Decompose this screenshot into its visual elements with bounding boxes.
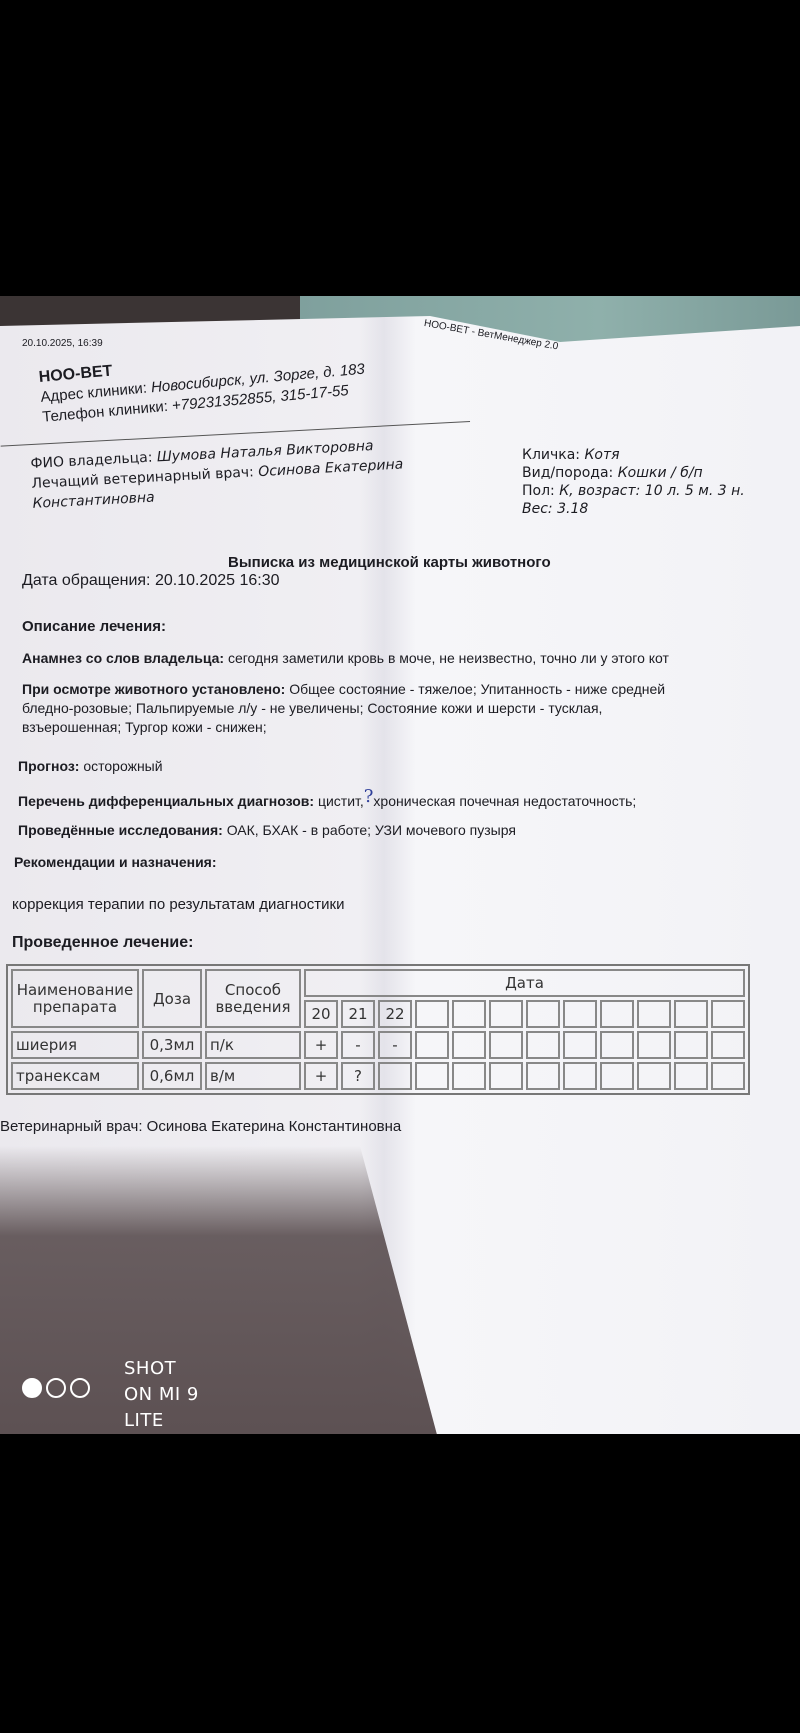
drug-cell: транексам [11, 1062, 139, 1090]
header-drug: Наименование препарата [11, 969, 139, 1028]
exam-row: При осмотре животного установлено: Общее… [22, 680, 665, 737]
route-cell: в/м [205, 1062, 301, 1090]
watermark-line-1: SHOT ON MI 9 LITE [124, 1356, 203, 1434]
treatment-table-wrap: Наименование препарата Доза Способ введе… [6, 964, 750, 1095]
date-mark-cell [526, 1031, 560, 1059]
exam-line-1: Общее состояние - тяжелое; Упитанность -… [289, 681, 665, 697]
date-mark-cell [637, 1062, 671, 1090]
date-mark-cell: + [304, 1031, 338, 1059]
route-cell: п/к [205, 1031, 301, 1059]
treatment-table: Наименование препарата Доза Способ введе… [6, 964, 750, 1095]
studies-row: Проведённые исследования: ОАК, БХАК - в … [18, 822, 516, 838]
table-row: транексам0,6млв/м+? [11, 1062, 745, 1090]
date-mark-cell [489, 1031, 523, 1059]
camera-dots-icon [22, 1378, 90, 1398]
date-column-header [600, 1000, 634, 1028]
date-mark-cell: ? [341, 1062, 375, 1090]
recommendations-heading: Рекомендации и назначения: [14, 854, 217, 870]
header-dose: Доза [142, 969, 202, 1028]
pet-name-label: Кличка: [522, 447, 580, 463]
date-column-header: 20 [304, 1000, 338, 1028]
visit-date: Дата обращения: 20.10.2025 16:30 [22, 572, 280, 590]
header-drug-line2: препарата [16, 999, 134, 1016]
anamnesis-row: Анамнез со слов владельца: сегодня замет… [22, 650, 669, 666]
handwritten-question-mark: ? [364, 786, 374, 807]
anamnesis-label: Анамнез со слов владельца: [22, 650, 224, 666]
date-column-header [526, 1000, 560, 1028]
date-column-header [563, 1000, 597, 1028]
date-mark-cell [600, 1031, 634, 1059]
header-route: Способ введения [205, 969, 301, 1028]
date-mark-cell: - [341, 1031, 375, 1059]
treatment-heading: Проведенное лечение: [12, 934, 193, 952]
date-mark-cell [378, 1062, 412, 1090]
date-column-header [711, 1000, 745, 1028]
document-title: Выписка из медицинской карты животного [228, 554, 551, 571]
date-mark-cell: - [378, 1031, 412, 1059]
prognosis-text: осторожный [83, 758, 162, 774]
exam-label: При осмотре животного установлено: [22, 681, 285, 697]
recommendations-text: коррекция терапии по результатам диагнос… [12, 896, 344, 913]
date-column-header [415, 1000, 449, 1028]
photo: 20.10.2025, 16:39 НОО-ВЕТ - ВетМенеджер … [0, 296, 800, 1434]
date-mark-cell [674, 1031, 708, 1059]
exam-line-3: взъерошенная; Тургор кожи - снижен; [22, 718, 665, 737]
dose-cell: 0,3мл [142, 1031, 202, 1059]
date-mark-cell [489, 1062, 523, 1090]
date-mark-cell [711, 1031, 745, 1059]
date-mark-cell [452, 1062, 486, 1090]
date-column-header [489, 1000, 523, 1028]
date-mark-cell [452, 1031, 486, 1059]
table-header-row: Наименование препарата Доза Способ введе… [11, 969, 745, 997]
dose-cell: 0,6мл [142, 1062, 202, 1090]
studies-text: ОАК, БХАК - в работе; УЗИ мочевого пузыр… [227, 822, 516, 838]
patient-block: Кличка: Котя Вид/порода: Кошки / б/п Пол… [522, 446, 745, 518]
treatment-description-heading: Описание лечения: [22, 618, 166, 635]
header-route-line1: Способ [210, 982, 296, 999]
date-mark-cell [526, 1062, 560, 1090]
header-route-line2: введения [210, 999, 296, 1016]
date-column-header [637, 1000, 671, 1028]
date-mark-cell [637, 1031, 671, 1059]
date-mark-cell [415, 1062, 449, 1090]
date-column-header: 21 [341, 1000, 375, 1028]
weight: 3.18 [557, 501, 588, 517]
date-mark-cell: + [304, 1062, 338, 1090]
breed-label: Вид/порода: [522, 465, 613, 481]
prognosis-row: Прогноз: осторожный [18, 758, 163, 774]
date-mark-cell [563, 1031, 597, 1059]
diff-diagnoses-label: Перечень дифференциальных диагнозов: [18, 793, 314, 809]
date-mark-cell [600, 1062, 634, 1090]
date-column-header [674, 1000, 708, 1028]
anamnesis-text: сегодня заметили кровь в моче, не неизве… [228, 650, 669, 666]
prognosis-label: Прогноз: [18, 758, 79, 774]
date-mark-cell [711, 1062, 745, 1090]
drug-cell: шиерия [11, 1031, 139, 1059]
date-column-header [452, 1000, 486, 1028]
diff-diagnoses-text: цистит, [318, 793, 364, 809]
weight-label: Вес: [522, 501, 553, 517]
pet-name: Котя [584, 447, 619, 463]
date-mark-cell [415, 1031, 449, 1059]
breed: Кошки / б/п [618, 465, 703, 481]
date-mark-cell [563, 1062, 597, 1090]
table-row: шиерия0,3млп/к+-- [11, 1031, 745, 1059]
sex-age-label: Пол: [522, 483, 555, 499]
date-column-header: 22 [378, 1000, 412, 1028]
date-mark-cell [674, 1062, 708, 1090]
diff-diagnoses-rest: хроническая почечная недостаточность; [373, 793, 636, 809]
diff-diagnoses-row: Перечень дифференциальных диагнозов: цис… [18, 790, 636, 811]
studies-label: Проведённые исследования: [18, 822, 223, 838]
header-drug-line1: Наименование [16, 982, 134, 999]
sex-age: К, возраст: 10 л. 5 м. 3 н. [559, 483, 744, 499]
exam-line-2: бледно-розовые; Пальпируемые л/у - не ув… [22, 699, 665, 718]
signature: Ветеринарный врач: Осинова Екатерина Кон… [0, 1118, 401, 1135]
header-date-group: Дата [304, 969, 745, 997]
print-timestamp: 20.10.2025, 16:39 [22, 338, 103, 349]
